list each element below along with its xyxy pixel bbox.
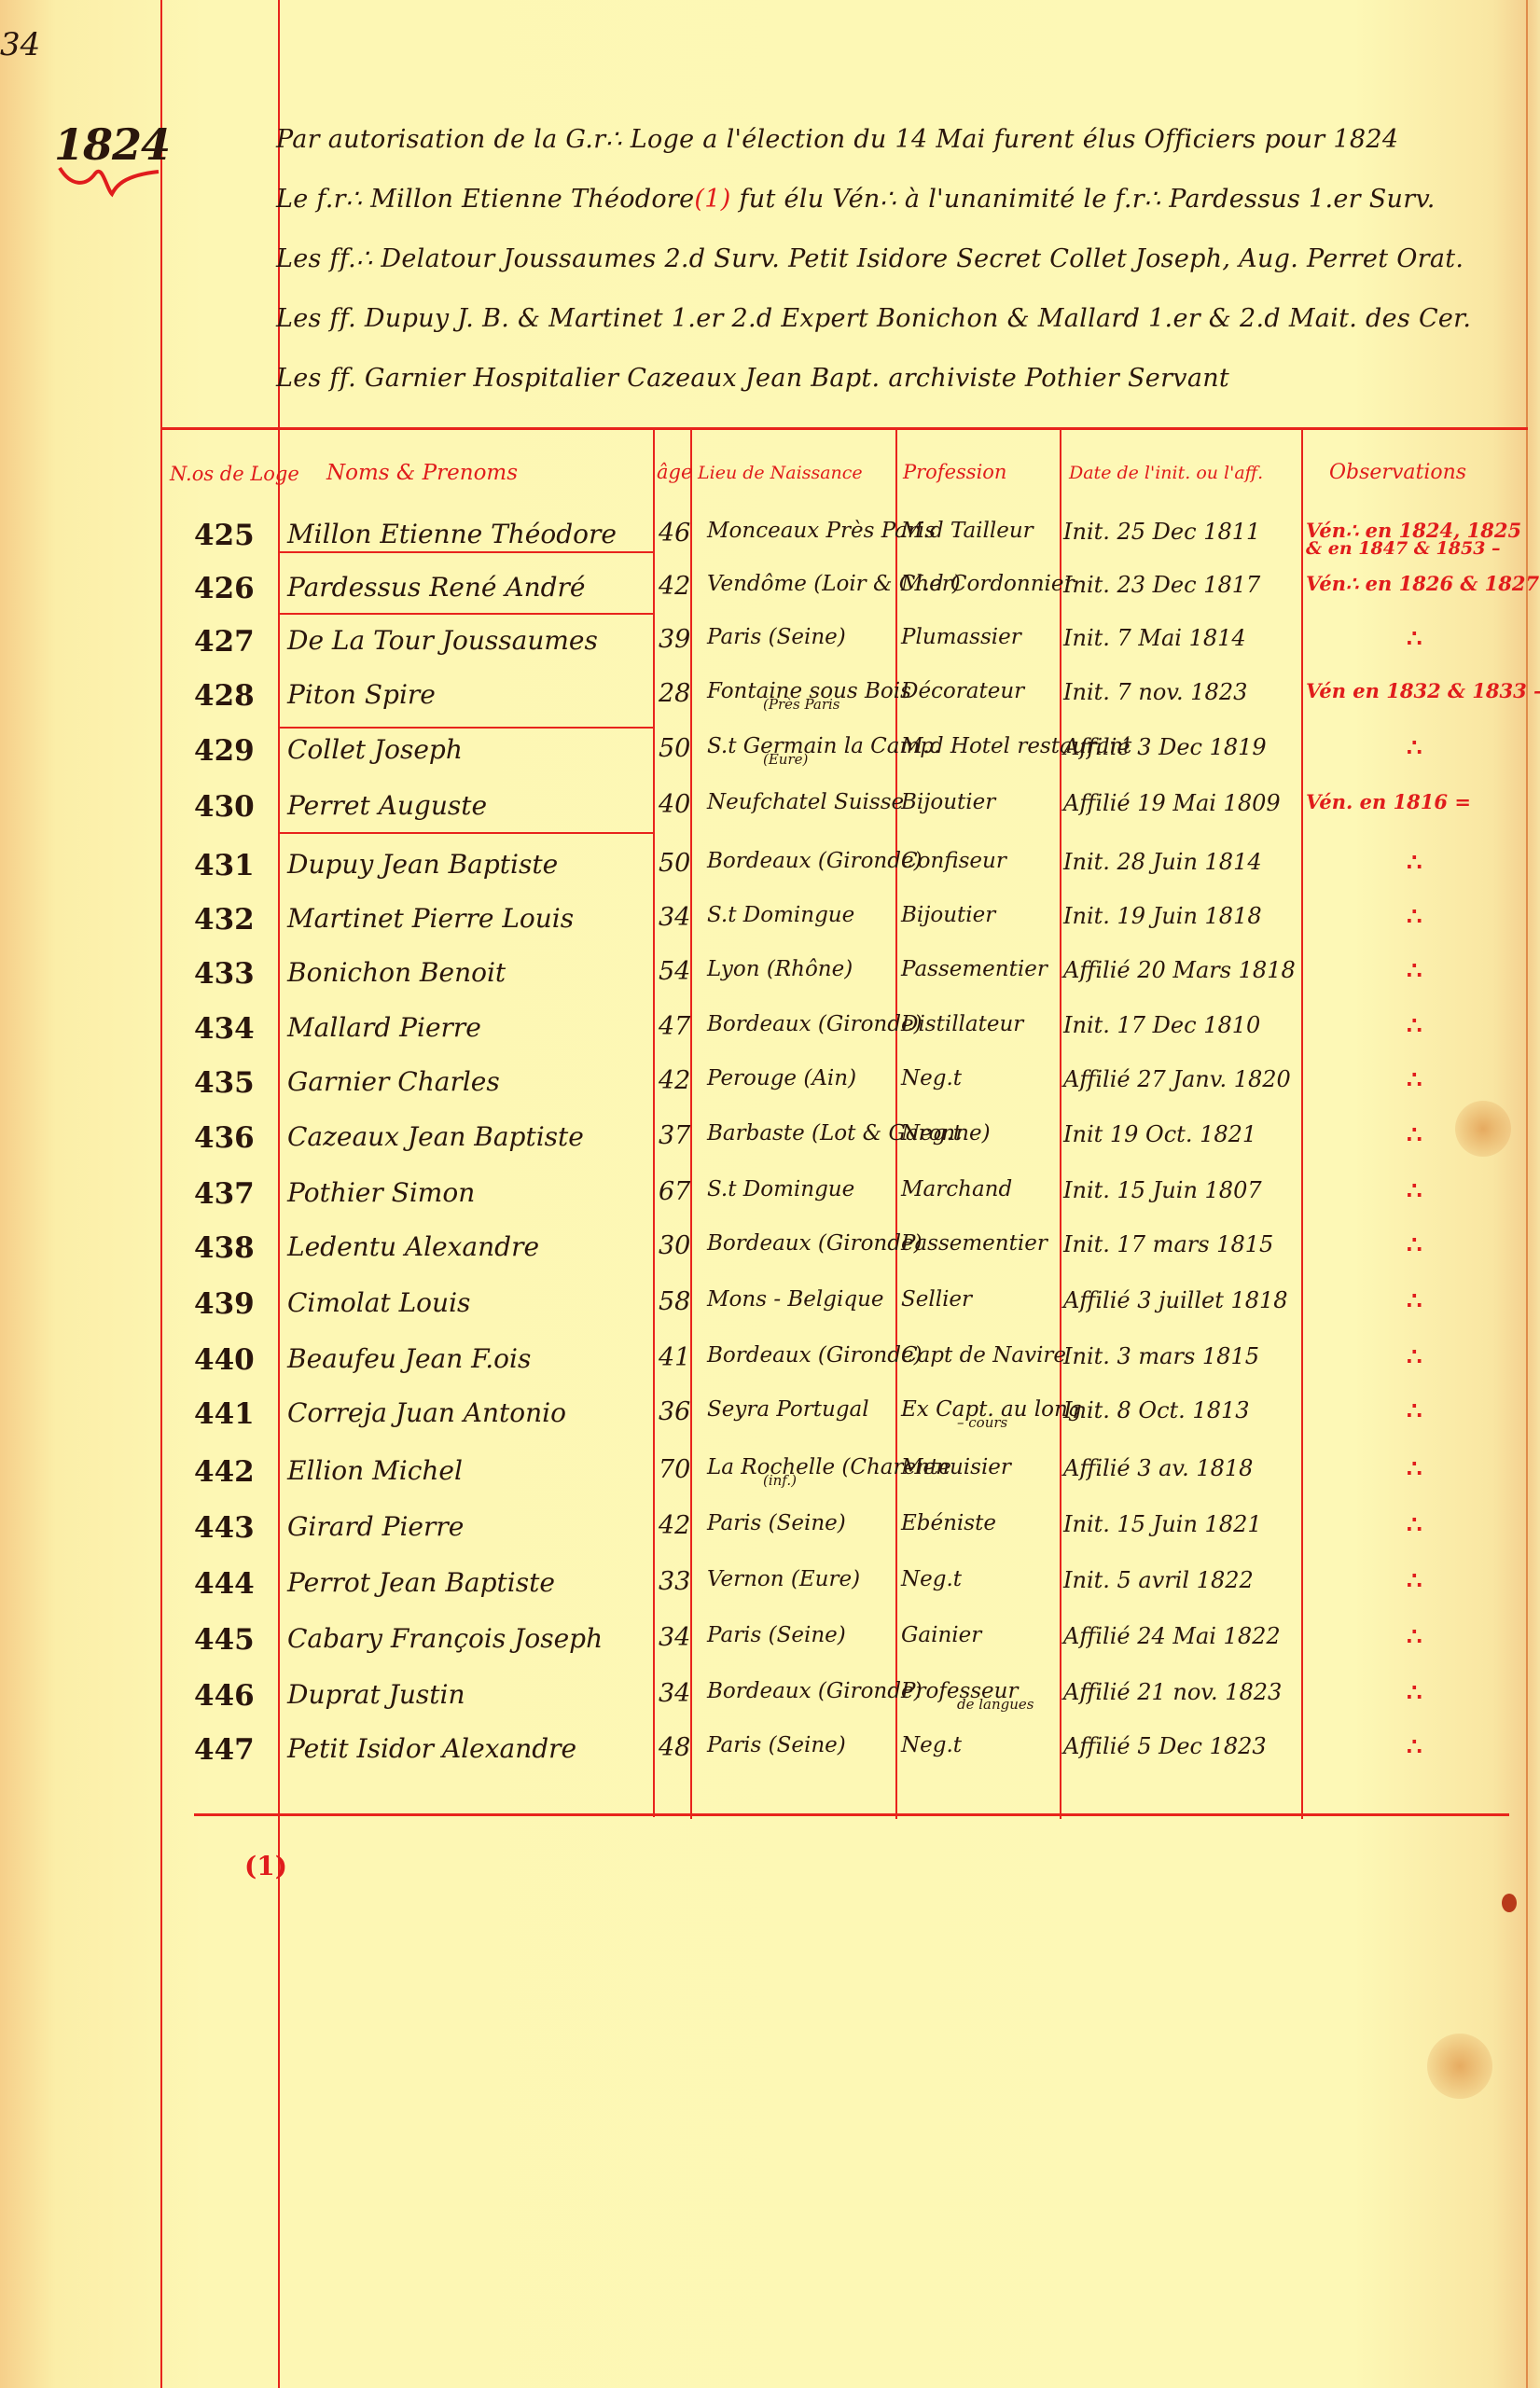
initiation-date: Init. 3 mars 1815 [1063,1343,1297,1369]
member-name: Duprat Justin [287,1679,623,1710]
observations: ∴ [1306,1343,1540,1368]
observations: Vén. en 1816 = [1306,790,1530,810]
profession: M.d Hotel restaurant [901,734,1060,751]
profession-text: Passementier [901,1231,1047,1256]
initiation-date: Init. 17 Dec 1810 [1063,1012,1297,1038]
profession-text: Bijoutier [901,790,995,814]
paper-stain [1502,1894,1517,1912]
initiation-date: Init. 19 Juin 1818 [1063,903,1297,929]
minutes-text: Les ff. Garnier Hospitalier Cazeaux Jean… [276,364,1229,393]
lodge-number: 440 [194,1343,287,1377]
member-age: 42 [659,1066,696,1095]
observation-subtext: & en 1847 & 1853 – [1306,538,1530,559]
header-initiation-date: Date de l'init. ou l'aff. [1069,463,1263,483]
observation-text: ∴ [1407,1455,1421,1483]
member-name: Garnier Charles [287,1066,623,1097]
observation-text: ∴ [1407,1012,1421,1040]
table-row: 439 Cimolat Louis 58 Mons - Belgique Sel… [0,1287,1540,1341]
initiation-date: Affilié 20 Mars 1818 [1063,957,1297,983]
observation-text: ∴ [1407,1343,1421,1371]
birthplace: Barbaste (Lot & Garonne) [707,1121,903,1138]
table-row: 428 Piton Spire 28 Fontaine sous Bois(Pr… [0,679,1540,733]
table-row: 446 Duprat Justin 34 Bordeaux (Gironde) … [0,1679,1540,1733]
birthplace: Paris (Seine) [707,1623,903,1640]
observations: Vén∴ en 1826 & 1827 [1306,572,1530,591]
lodge-number: 437 [194,1177,287,1211]
member-age: 67 [659,1177,696,1206]
observations: ∴ [1306,1511,1540,1535]
initiation-date: Affilié 27 Janv. 1820 [1063,1066,1297,1092]
birthplace-text: S.t Domingue [707,903,854,927]
lodge-number: 443 [194,1511,287,1545]
initiation-date: Affilié 19 Mai 1809 [1063,790,1297,816]
initiation-date: Init. 25 Dec 1811 [1063,519,1297,545]
initiation-date: Init. 7 Mai 1814 [1063,625,1297,651]
profession-text: Passementier [901,957,1047,981]
initiation-date: Affilié 3 av. 1818 [1063,1455,1297,1481]
table-row: 432 Martinet Pierre Louis 34 S.t Domingu… [0,903,1540,957]
lodge-number: 432 [194,903,287,937]
member-name: Collet Joseph [287,734,623,765]
profession: Menuisier [901,1455,1060,1472]
observation-text: ∴ [1407,1623,1421,1651]
ruling-table-bottom [194,1813,1509,1816]
profession: Passementier [901,1231,1060,1248]
profession: Neg.t [901,1733,1060,1750]
header-names: Noms & Prenoms [326,461,518,485]
profession-text: Confiseur [901,849,1006,873]
member-age: 39 [659,625,696,654]
lodge-number: 441 [194,1397,287,1431]
birthplace: S.t Domingue [707,903,903,920]
page-number: 34 [0,26,40,63]
profession-text: Neg.t [901,1121,962,1145]
profession: Neg.t [901,1121,1060,1138]
birthplace: Mons - Belgique [707,1287,903,1304]
birthplace-text: Lyon (Rhône) [707,957,853,981]
member-age: 34 [659,1679,696,1708]
birthplace: Paris (Seine) [707,1733,903,1750]
initiation-date: Init. 5 avril 1822 [1063,1567,1297,1593]
lodge-number: 445 [194,1623,287,1657]
observations: ∴ [1306,734,1540,758]
member-age: 50 [659,734,696,763]
table-row: 425 Millon Etienne Théodore 46 Monceaux … [0,519,1540,573]
member-name: Cabary François Joseph [287,1623,623,1654]
lodge-number: 447 [194,1733,287,1767]
table-row: 436 Cazeaux Jean Baptiste 37 Barbaste (L… [0,1121,1540,1175]
initiation-date: Init. 7 nov. 1823 [1063,679,1297,705]
observations: ∴ [1306,1455,1540,1479]
table-row: 431 Dupuy Jean Baptiste 50 Bordeaux (Gir… [0,849,1540,903]
observations: Vén∴ en 1824, 1825& en 1847 & 1853 – [1306,519,1530,559]
lodge-number: 431 [194,849,287,882]
birthplace: Bordeaux (Gironde) [707,1343,903,1360]
member-name: Ellion Michel [287,1455,623,1486]
birthplace-text: Mons - Belgique [707,1287,884,1312]
birthplace: Fontaine sous Bois(Près Paris [707,679,903,713]
observation-text: ∴ [1407,1679,1421,1707]
observation-text: ∴ [1407,1066,1421,1094]
footnote-marker: (1) [244,1851,287,1881]
table-row: 441 Correja Juan Antonio 36 Seyra Portug… [0,1397,1540,1451]
lodge-number: 439 [194,1287,287,1321]
lodge-number: 435 [194,1066,287,1100]
profession-text: Ebéniste [901,1511,996,1535]
initiation-date: Init. 28 Juin 1814 [1063,849,1297,875]
birthplace: Bordeaux (Gironde) [707,1679,903,1696]
birthplace-text: Bordeaux (Gironde) [707,1343,923,1368]
profession: Sellier [901,1287,1060,1304]
table-row: 438 Ledentu Alexandre 30 Bordeaux (Giron… [0,1231,1540,1285]
election-minutes: Par autorisation de la G.r∴ Loge a l'éle… [276,110,1526,409]
observations: ∴ [1306,1397,1540,1422]
member-age: 58 [659,1287,696,1316]
birthplace: Bordeaux (Gironde) [707,1231,903,1248]
member-age: 33 [659,1567,696,1596]
initiation-date: Affilié 5 Dec 1823 [1063,1733,1297,1759]
initiation-date: Init. 15 Juin 1821 [1063,1511,1297,1537]
member-age: 34 [659,1623,696,1652]
observations: ∴ [1306,1733,1540,1757]
birthplace: Lyon (Rhône) [707,957,903,974]
profession: Professeurde langues [901,1679,1060,1713]
member-name: Mallard Pierre [287,1012,623,1043]
member-age: 41 [659,1343,696,1372]
member-age: 30 [659,1231,696,1260]
table-row: 429 Collet Joseph 50 S.t Germain la Camp… [0,734,1540,788]
lodge-number: 438 [194,1231,287,1265]
birthplace-text: Bordeaux (Gironde) [707,849,923,873]
table-row: 437 Pothier Simon 67 S.t Domingue Marcha… [0,1177,1540,1231]
initiation-date: Affilié 21 nov. 1823 [1063,1679,1297,1705]
lodge-number: 426 [194,572,287,605]
profession-text: Capt de Navire [901,1343,1066,1368]
profession-text: Menuisier [901,1455,1011,1479]
profession: Passementier [901,957,1060,974]
observation-text: ∴ [1407,1287,1421,1315]
profession-text: Neg.t [901,1567,962,1591]
member-age: 48 [659,1733,696,1762]
paper-stain [1427,2034,1492,2099]
header-observations: Observations [1329,461,1466,484]
birthplace: Bordeaux (Gironde) [707,849,903,866]
initiation-date: Affilié 24 Mai 1822 [1063,1623,1297,1649]
observations: ∴ [1306,1679,1540,1703]
profession-text: M.d Tailleur [901,519,1034,543]
profession: Ebéniste [901,1511,1060,1528]
profession-text: Décorateur [901,679,1024,703]
birthplace-text: Bordeaux (Gironde) [707,1012,923,1036]
profession-text: M.d Cordonnier [901,572,1075,596]
member-age: 42 [659,572,696,601]
profession: Neg.t [901,1066,1060,1083]
birthplace-text: Seyra Portugal [707,1397,869,1422]
profession-text: Marchand [901,1177,1012,1201]
member-name: Perrot Jean Baptiste [287,1567,623,1598]
header-birthplace: Lieu de Naissance [698,463,863,483]
observations: ∴ [1306,849,1540,873]
profession: Marchand [901,1177,1060,1194]
observations: Vén en 1832 & 1833 – [1306,679,1530,699]
minutes-line-5: Les ff. Garnier Hospitalier Cazeaux Jean… [276,349,1526,409]
profession: Confiseur [901,849,1060,866]
profession-text: Sellier [901,1287,972,1312]
register-table-header: N.os de Loge Noms & Prenoms âge Lieu de … [0,455,1540,502]
birthplace: Paris (Seine) [707,625,903,642]
birthplace: Perouge (Ain) [707,1066,903,1083]
observations: ∴ [1306,1012,1540,1036]
table-row: 447 Petit Isidor Alexandre 48 Paris (Sei… [0,1733,1540,1787]
table-row: 443 Girard Pierre 42 Paris (Seine) Ebéni… [0,1511,1540,1565]
observations: ∴ [1306,1177,1540,1201]
birthplace: Bordeaux (Gironde) [707,1012,903,1029]
member-age: 37 [659,1121,696,1150]
paper-stain [1455,1101,1511,1157]
initiation-date: Init. 15 Juin 1807 [1063,1177,1297,1203]
member-name: De La Tour Joussaumes [287,625,623,656]
observation-text: ∴ [1407,849,1421,877]
observation-text: ∴ [1407,1567,1421,1595]
table-row: 433 Bonichon Benoit 54 Lyon (Rhône) Pass… [0,957,1540,1011]
lodge-number: 430 [194,790,287,824]
birthplace: Neufchatel Suisse [707,790,903,807]
lodge-number: 446 [194,1679,287,1713]
profession: Bijoutier [901,903,1060,920]
initiation-date: Init. 17 mars 1815 [1063,1231,1297,1257]
profession: Ex Capt. au long– cours [901,1397,1060,1431]
member-age: 54 [659,957,696,986]
birthplace-text: Bordeaux (Gironde) [707,1679,923,1703]
member-age: 36 [659,1397,696,1426]
lodge-number: 436 [194,1121,287,1155]
observations: ∴ [1306,1231,1540,1256]
profession: Gainier [901,1623,1060,1640]
observations: ∴ [1306,957,1540,981]
observation-text: ∴ [1407,1177,1421,1205]
member-name: Martinet Pierre Louis [287,903,623,934]
initiation-date: Init. 8 Oct. 1813 [1063,1397,1297,1423]
birthplace-text: Perouge (Ain) [707,1066,856,1090]
member-age: 46 [659,519,696,548]
observation-text: ∴ [1407,1121,1421,1149]
observation-text: ∴ [1407,1231,1421,1259]
profession: Distillateur [901,1012,1060,1029]
minutes-text: Par autorisation de la G.r∴ Loge a l'éle… [276,125,1398,154]
observations: ∴ [1306,1623,1540,1647]
observation-text: ∴ [1407,1733,1421,1761]
table-row: 430 Perret Auguste 40 Neufchatel Suisse … [0,790,1540,844]
member-age: 34 [659,903,696,932]
member-name: Cazeaux Jean Baptiste [287,1121,623,1152]
observation-text: ∴ [1407,625,1421,653]
birthplace: Vendôme (Loir & Cher) [707,572,903,589]
minutes-text: Les ff. Dupuy J. B. & Martinet 1.er 2.d … [276,304,1471,333]
member-age: 47 [659,1012,696,1041]
lodge-number: 433 [194,957,287,991]
profession-text: Neg.t [901,1066,962,1090]
lodge-number: 434 [194,1012,287,1046]
birthplace-text: S.t Domingue [707,1177,854,1201]
initiation-date: Affilié 3 Dec 1819 [1063,734,1297,760]
member-name: Cimolat Louis [287,1287,623,1318]
member-name: Millon Etienne Théodore [287,519,623,549]
member-name: Petit Isidor Alexandre [287,1733,623,1764]
birthplace-text: Paris (Seine) [707,1511,846,1535]
lodge-number: 425 [194,519,287,552]
profession-text: Neg.t [901,1733,962,1757]
observation-text: ∴ [1407,957,1421,985]
observations: ∴ [1306,625,1540,649]
birthplace: S.t Domingue [707,1177,903,1194]
observation-text: Vén∴ en 1826 & 1827 [1306,572,1539,595]
birthplace-text: Paris (Seine) [707,625,846,649]
birthplace-text: Neufchatel Suisse [707,790,904,814]
header-age: âge [657,461,692,483]
table-row: 444 Perrot Jean Baptiste 33 Vernon (Eure… [0,1567,1540,1621]
observation-text: Vén en 1832 & 1833 – [1306,679,1540,702]
minutes-line-1: Par autorisation de la G.r∴ Loge a l'éle… [276,110,1526,170]
profession: Capt de Navire [901,1343,1060,1360]
header-lodge-number: N.os de Loge [170,463,299,485]
table-row: 427 De La Tour Joussaumes 39 Paris (Sein… [0,625,1540,679]
member-name: Perret Auguste [287,790,623,821]
lodge-number: 429 [194,734,287,768]
birthplace-text: Paris (Seine) [707,1733,846,1757]
profession-text: Plumassier [901,625,1021,649]
table-row: 442 Ellion Michel 70 La Rochelle (Charen… [0,1455,1540,1509]
member-name: Piton Spire [287,679,623,710]
member-age: 28 [659,679,696,708]
lodge-number: 442 [194,1455,287,1489]
lodge-number: 444 [194,1567,287,1601]
table-row: 445 Cabary François Joseph 34 Paris (Sei… [0,1623,1540,1677]
member-age: 70 [659,1455,696,1484]
member-name: Beaufeu Jean F.ois [287,1343,623,1374]
member-age: 42 [659,1511,696,1540]
member-age: 40 [659,790,696,819]
table-row: 440 Beaufeu Jean F.ois 41 Bordeaux (Giro… [0,1343,1540,1397]
birthplace-text: Vernon (Eure) [707,1567,860,1591]
birthplace-text: Bordeaux (Gironde) [707,1231,923,1256]
header-profession: Profession [903,461,1006,483]
initiation-date: Affilié 3 juillet 1818 [1063,1287,1297,1313]
birthplace: Paris (Seine) [707,1511,903,1528]
member-name: Pardessus René André [287,572,623,603]
minutes-text: Les ff.∴ Delatour Joussaumes 2.d Surv. P… [276,244,1464,273]
member-name: Correja Juan Antonio [287,1397,623,1428]
profession: Plumassier [901,625,1060,642]
profession-text: Gainier [901,1623,981,1647]
footnote-reference: (1) [694,185,730,214]
observation-text: ∴ [1407,903,1421,931]
observations: ∴ [1306,903,1540,927]
table-row: 435 Garnier Charles 42 Perouge (Ain) Neg… [0,1066,1540,1120]
member-age: 50 [659,849,696,878]
birthplace: S.t Germain la Camp.(Eure) [707,734,903,768]
year-flourish-ornament [58,160,160,198]
birthplace-text: Paris (Seine) [707,1623,846,1647]
lodge-number: 427 [194,625,287,659]
observations: ∴ [1306,1066,1540,1090]
minutes-line-2: Le f.r∴ Millon Etienne Théodore(1) fut é… [276,170,1526,229]
birthplace: Monceaux Près Paris [707,519,903,535]
initiation-date: Init. 23 Dec 1817 [1063,572,1297,598]
minutes-text: Le f.r∴ Millon Etienne Théodore [276,185,694,214]
observation-text: ∴ [1407,1397,1421,1425]
profession: Décorateur [901,679,1060,696]
observation-text: ∴ [1407,734,1421,762]
profession: M.d Cordonnier [901,572,1060,589]
minutes-line-3: Les ff.∴ Delatour Joussaumes 2.d Surv. P… [276,229,1526,289]
member-name: Dupuy Jean Baptiste [287,849,623,880]
table-row: 426 Pardessus René André 42 Vendôme (Loi… [0,572,1540,626]
birthplace: Vernon (Eure) [707,1567,903,1584]
profession: Neg.t [901,1567,1060,1584]
minutes-text: fut élu Vén∴ à l'unanimité le f.r∴ Parde… [731,185,1436,214]
initiation-date: Init 19 Oct. 1821 [1063,1121,1297,1147]
profession-text: Bijoutier [901,903,995,927]
ruling-header-top [160,427,1528,430]
birthplace: La Rochelle (Charente(inf.) [707,1455,903,1489]
table-row: 434 Mallard Pierre 47 Bordeaux (Gironde)… [0,1012,1540,1066]
minutes-line-4: Les ff. Dupuy J. B. & Martinet 1.er 2.d … [276,289,1526,349]
lodge-number: 428 [194,679,287,713]
profession: Bijoutier [901,790,1060,807]
observations: ∴ [1306,1287,1540,1312]
member-name: Pothier Simon [287,1177,623,1208]
profession: M.d Tailleur [901,519,1060,535]
member-name: Bonichon Benoit [287,957,623,988]
observation-text: Vén. en 1816 = [1306,790,1471,813]
profession-text: Distillateur [901,1012,1023,1036]
birthplace: Seyra Portugal [707,1397,903,1414]
observation-text: ∴ [1407,1511,1421,1539]
observations: ∴ [1306,1567,1540,1591]
member-name: Ledentu Alexandre [287,1231,623,1262]
member-name: Girard Pierre [287,1511,623,1542]
